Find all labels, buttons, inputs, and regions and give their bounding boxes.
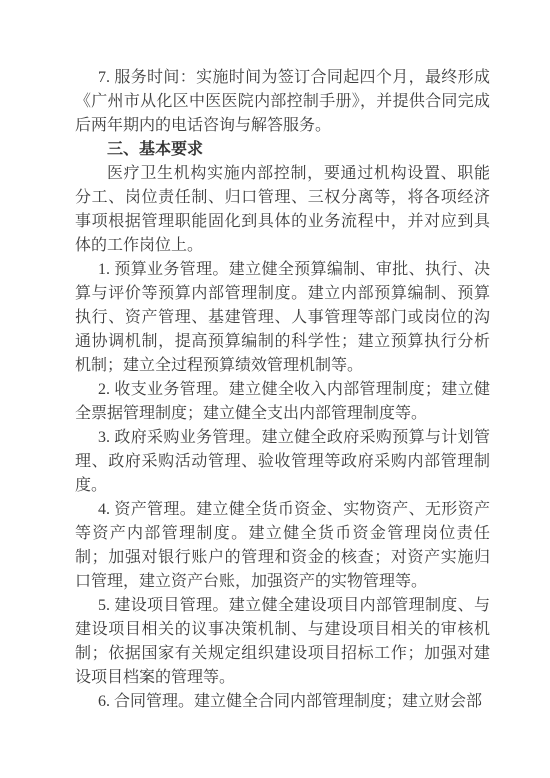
paragraph: 7. 服务时间：实施时间为签订合同起四个月，最终形成《广州市从化区中医医院内部控…	[75, 66, 490, 138]
document-body: 7. 服务时间：实施时间为签订合同起四个月，最终形成《广州市从化区中医医院内部控…	[0, 0, 550, 714]
paragraph: 医疗卫生机构实施内部控制，要通过机构设置、职能分工、岗位责任制、归口管理、三权分…	[75, 162, 490, 258]
paragraph: 6. 合同管理。建立健全合同内部管理制度；建立财会部	[75, 690, 490, 714]
document-page: 7. 服务时间：实施时间为签订合同起四个月，最终形成《广州市从化区中医医院内部控…	[0, 0, 550, 778]
paragraph: 2. 收支业务管理。建立健全收入内部管理制度；建立健全票据管理制度；建立健全支出…	[75, 378, 490, 426]
paragraph: 3. 政府采购业务管理。建立健全政府采购预算与计划管理、政府采购活动管理、验收管…	[75, 426, 490, 498]
paragraph: 4. 资产管理。建立健全货币资金、实物资产、无形资产等资产内部管理制度。建立健全…	[75, 498, 490, 594]
section-heading: 三、基本要求	[75, 138, 490, 162]
paragraph: 5. 建设项目管理。建立健全建设项目内部管理制度、与建设项目相关的议事决策机制、…	[75, 594, 490, 690]
paragraph: 1. 预算业务管理。建立健全预算编制、审批、执行、决算与评价等预算内部管理制度。…	[75, 258, 490, 378]
